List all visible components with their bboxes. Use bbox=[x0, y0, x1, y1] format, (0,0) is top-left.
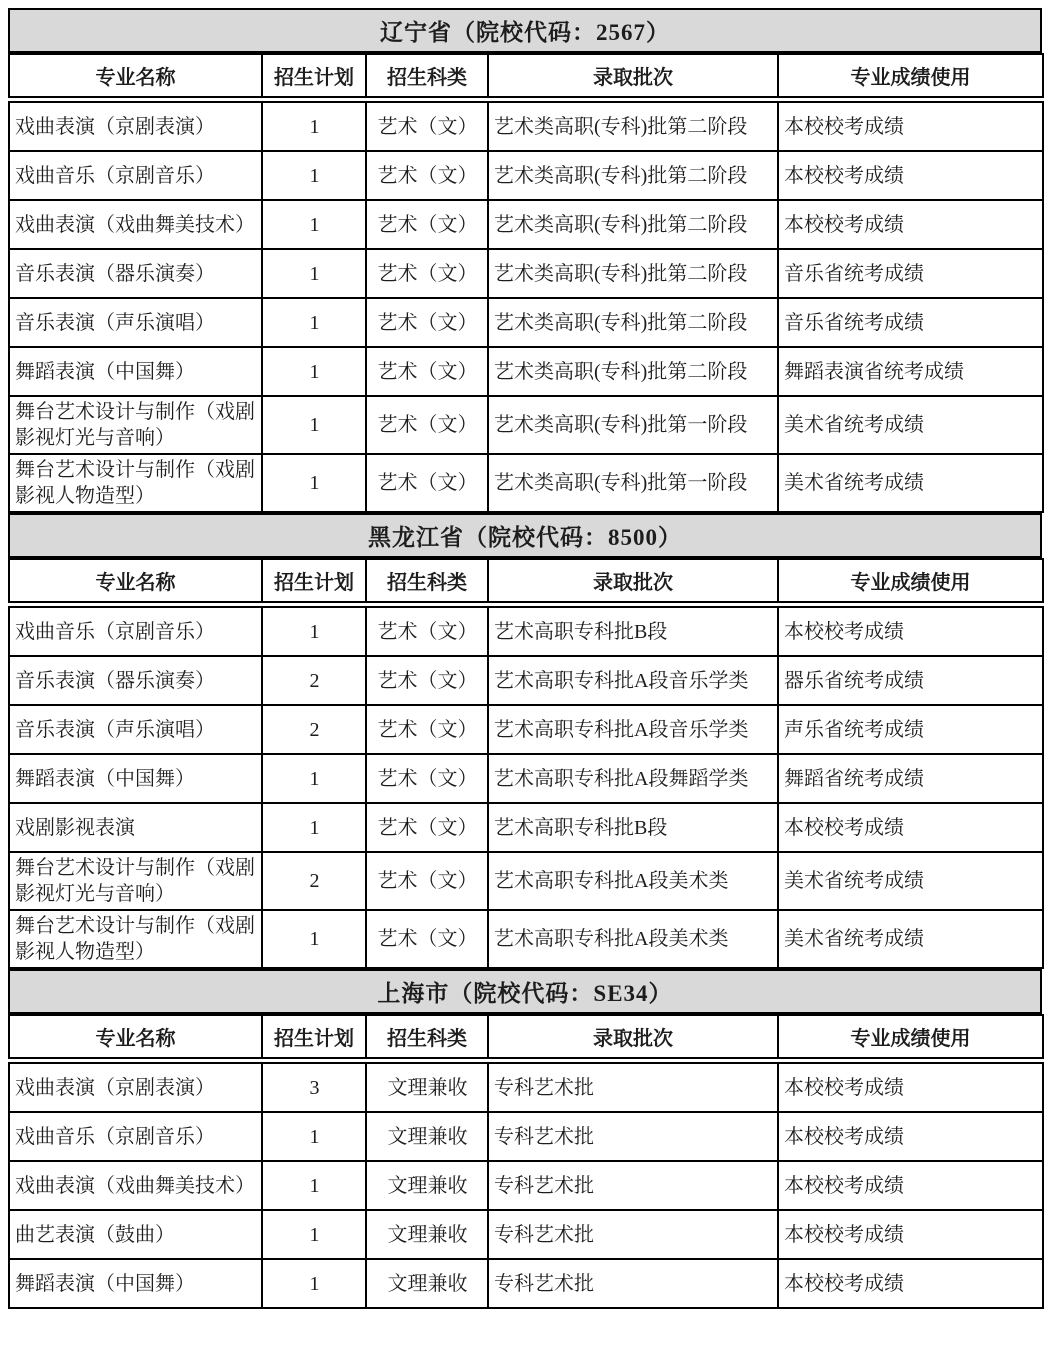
cell-score_use: 美术省统考成绩 bbox=[778, 910, 1043, 968]
cell-score_use: 本校校考成绩 bbox=[778, 1112, 1043, 1161]
column-header-plan: 招生计划 bbox=[262, 54, 366, 97]
cell-score_use: 本校校考成绩 bbox=[778, 102, 1043, 151]
cell-major: 舞台艺术设计与制作（戏剧影视灯光与音响） bbox=[9, 396, 262, 454]
cell-category: 艺术（文） bbox=[366, 754, 488, 803]
cell-score_use: 本校校考成绩 bbox=[778, 151, 1043, 200]
table-row: 戏剧影视表演1艺术（文）艺术高职专科批B段本校校考成绩 bbox=[9, 803, 1043, 852]
section-data-table: 戏曲表演（京剧表演）1艺术（文）艺术类高职(专科)批第二阶段本校校考成绩戏曲音乐… bbox=[8, 101, 1044, 513]
cell-score_use: 舞蹈表演省统考成绩 bbox=[778, 347, 1043, 396]
table-row: 音乐表演（器乐演奏）1艺术（文）艺术类高职(专科)批第二阶段音乐省统考成绩 bbox=[9, 249, 1043, 298]
cell-major: 舞台艺术设计与制作（戏剧影视人物造型） bbox=[9, 910, 262, 968]
column-header-batch: 录取批次 bbox=[488, 559, 778, 602]
cell-batch: 艺术类高职(专科)批第一阶段 bbox=[488, 396, 778, 454]
cell-batch: 艺术类高职(专科)批第二阶段 bbox=[488, 200, 778, 249]
province-section: 黑龙江省（院校代码：8500） 专业名称招生计划招生科类录取批次专业成绩使用 戏… bbox=[8, 513, 1042, 969]
cell-category: 文理兼收 bbox=[366, 1210, 488, 1259]
cell-plan: 1 bbox=[262, 754, 366, 803]
cell-major: 戏曲表演（京剧表演） bbox=[9, 1063, 262, 1112]
cell-plan: 1 bbox=[262, 249, 366, 298]
cell-category: 艺术（文） bbox=[366, 607, 488, 656]
cell-category: 艺术（文） bbox=[366, 852, 488, 910]
cell-major: 舞蹈表演（中国舞） bbox=[9, 754, 262, 803]
admission-plan-document: 辽宁省（院校代码：2567） 专业名称招生计划招生科类录取批次专业成绩使用 戏曲… bbox=[8, 8, 1042, 1309]
column-header-major: 专业名称 bbox=[9, 559, 262, 602]
province-title: 辽宁省（院校代码：2567） bbox=[380, 14, 670, 47]
cell-major: 戏曲音乐（京剧音乐） bbox=[9, 607, 262, 656]
cell-score_use: 舞蹈省统考成绩 bbox=[778, 754, 1043, 803]
cell-category: 艺术（文） bbox=[366, 396, 488, 454]
column-header-score_use: 专业成绩使用 bbox=[778, 559, 1043, 602]
cell-plan: 1 bbox=[262, 347, 366, 396]
cell-category: 文理兼收 bbox=[366, 1063, 488, 1112]
cell-score_use: 本校校考成绩 bbox=[778, 803, 1043, 852]
table-row: 舞台艺术设计与制作（戏剧影视人物造型）1艺术（文）艺术类高职(专科)批第一阶段美… bbox=[9, 454, 1043, 512]
cell-major: 曲艺表演（鼓曲） bbox=[9, 1210, 262, 1259]
column-header-category: 招生科类 bbox=[366, 1015, 488, 1058]
cell-plan: 1 bbox=[262, 910, 366, 968]
cell-major: 音乐表演（器乐演奏） bbox=[9, 656, 262, 705]
table-row: 音乐表演（器乐演奏）2艺术（文）艺术高职专科批A段音乐学类器乐省统考成绩 bbox=[9, 656, 1043, 705]
cell-batch: 艺术类高职(专科)批第一阶段 bbox=[488, 454, 778, 512]
column-header-batch: 录取批次 bbox=[488, 1015, 778, 1058]
section-data-table: 戏曲表演（京剧表演）3文理兼收专科艺术批本校校考成绩戏曲音乐（京剧音乐）1文理兼… bbox=[8, 1062, 1044, 1309]
cell-major: 戏曲表演（京剧表演） bbox=[9, 102, 262, 151]
table-row: 戏曲音乐（京剧音乐）1文理兼收专科艺术批本校校考成绩 bbox=[9, 1112, 1043, 1161]
column-header-plan: 招生计划 bbox=[262, 559, 366, 602]
sections-container: 辽宁省（院校代码：2567） 专业名称招生计划招生科类录取批次专业成绩使用 戏曲… bbox=[8, 8, 1042, 1309]
cell-batch: 艺术类高职(专科)批第二阶段 bbox=[488, 298, 778, 347]
cell-plan: 1 bbox=[262, 607, 366, 656]
cell-batch: 艺术高职专科批A段音乐学类 bbox=[488, 656, 778, 705]
column-header-row: 专业名称招生计划招生科类录取批次专业成绩使用 bbox=[9, 54, 1043, 97]
cell-batch: 艺术类高职(专科)批第二阶段 bbox=[488, 102, 778, 151]
cell-category: 艺术（文） bbox=[366, 347, 488, 396]
cell-batch: 专科艺术批 bbox=[488, 1161, 778, 1210]
cell-major: 戏曲表演（戏曲舞美技术） bbox=[9, 1161, 262, 1210]
cell-batch: 艺术类高职(专科)批第二阶段 bbox=[488, 249, 778, 298]
cell-score_use: 美术省统考成绩 bbox=[778, 852, 1043, 910]
cell-major: 音乐表演（声乐演唱） bbox=[9, 705, 262, 754]
cell-batch: 专科艺术批 bbox=[488, 1112, 778, 1161]
column-header-score_use: 专业成绩使用 bbox=[778, 1015, 1043, 1058]
cell-score_use: 声乐省统考成绩 bbox=[778, 705, 1043, 754]
cell-plan: 1 bbox=[262, 1161, 366, 1210]
column-header-major: 专业名称 bbox=[9, 54, 262, 97]
cell-plan: 1 bbox=[262, 1210, 366, 1259]
cell-major: 舞蹈表演（中国舞） bbox=[9, 1259, 262, 1308]
column-header-table: 专业名称招生计划招生科类录取批次专业成绩使用 bbox=[8, 1014, 1044, 1059]
cell-batch: 艺术高职专科批A段美术类 bbox=[488, 910, 778, 968]
table-row: 戏曲表演（戏曲舞美技术）1文理兼收专科艺术批本校校考成绩 bbox=[9, 1161, 1043, 1210]
cell-category: 艺术（文） bbox=[366, 151, 488, 200]
cell-plan: 1 bbox=[262, 151, 366, 200]
section-table-body: 戏曲表演（京剧表演）1艺术（文）艺术类高职(专科)批第二阶段本校校考成绩戏曲音乐… bbox=[9, 102, 1043, 512]
column-header-score_use: 专业成绩使用 bbox=[778, 54, 1043, 97]
cell-score_use: 本校校考成绩 bbox=[778, 1063, 1043, 1112]
cell-category: 艺术（文） bbox=[366, 454, 488, 512]
cell-plan: 3 bbox=[262, 1063, 366, 1112]
column-header-category: 招生科类 bbox=[366, 559, 488, 602]
table-row: 舞蹈表演（中国舞）1艺术（文）艺术高职专科批A段舞蹈学类舞蹈省统考成绩 bbox=[9, 754, 1043, 803]
province-title: 上海市（院校代码：SE34） bbox=[377, 975, 672, 1008]
table-row: 戏曲音乐（京剧音乐）1艺术（文）艺术类高职(专科)批第二阶段本校校考成绩 bbox=[9, 151, 1043, 200]
cell-batch: 艺术高职专科批A段美术类 bbox=[488, 852, 778, 910]
column-header-table: 专业名称招生计划招生科类录取批次专业成绩使用 bbox=[8, 558, 1044, 603]
cell-batch: 艺术高职专科批A段舞蹈学类 bbox=[488, 754, 778, 803]
section-data-table: 戏曲音乐（京剧音乐）1艺术（文）艺术高职专科批B段本校校考成绩音乐表演（器乐演奏… bbox=[8, 606, 1044, 969]
cell-plan: 1 bbox=[262, 803, 366, 852]
cell-plan: 1 bbox=[262, 396, 366, 454]
cell-category: 艺术（文） bbox=[366, 910, 488, 968]
table-row: 戏曲音乐（京剧音乐）1艺术（文）艺术高职专科批B段本校校考成绩 bbox=[9, 607, 1043, 656]
cell-major: 音乐表演（声乐演唱） bbox=[9, 298, 262, 347]
column-header-table: 专业名称招生计划招生科类录取批次专业成绩使用 bbox=[8, 53, 1044, 98]
column-header-category: 招生科类 bbox=[366, 54, 488, 97]
cell-score_use: 本校校考成绩 bbox=[778, 1161, 1043, 1210]
table-row: 戏曲表演（京剧表演）3文理兼收专科艺术批本校校考成绩 bbox=[9, 1063, 1043, 1112]
cell-category: 艺术（文） bbox=[366, 656, 488, 705]
province-section-header: 黑龙江省（院校代码：8500） bbox=[8, 513, 1042, 558]
cell-score_use: 器乐省统考成绩 bbox=[778, 656, 1043, 705]
table-row: 戏曲表演（京剧表演）1艺术（文）艺术类高职(专科)批第二阶段本校校考成绩 bbox=[9, 102, 1043, 151]
cell-score_use: 本校校考成绩 bbox=[778, 607, 1043, 656]
cell-category: 艺术（文） bbox=[366, 298, 488, 347]
cell-plan: 2 bbox=[262, 705, 366, 754]
cell-batch: 艺术高职专科批B段 bbox=[488, 803, 778, 852]
cell-score_use: 音乐省统考成绩 bbox=[778, 298, 1043, 347]
cell-batch: 专科艺术批 bbox=[488, 1063, 778, 1112]
table-row: 舞蹈表演（中国舞）1艺术（文）艺术类高职(专科)批第二阶段舞蹈表演省统考成绩 bbox=[9, 347, 1043, 396]
cell-plan: 1 bbox=[262, 102, 366, 151]
column-header-batch: 录取批次 bbox=[488, 54, 778, 97]
cell-batch: 专科艺术批 bbox=[488, 1210, 778, 1259]
cell-plan: 2 bbox=[262, 852, 366, 910]
column-header-major: 专业名称 bbox=[9, 1015, 262, 1058]
cell-batch: 艺术类高职(专科)批第二阶段 bbox=[488, 347, 778, 396]
cell-score_use: 美术省统考成绩 bbox=[778, 454, 1043, 512]
province-title: 黑龙江省（院校代码：8500） bbox=[368, 519, 682, 552]
province-section: 辽宁省（院校代码：2567） 专业名称招生计划招生科类录取批次专业成绩使用 戏曲… bbox=[8, 8, 1042, 513]
table-row: 舞蹈表演（中国舞）1文理兼收专科艺术批本校校考成绩 bbox=[9, 1259, 1043, 1308]
cell-major: 舞台艺术设计与制作（戏剧影视灯光与音响） bbox=[9, 852, 262, 910]
cell-plan: 1 bbox=[262, 200, 366, 249]
cell-score_use: 音乐省统考成绩 bbox=[778, 249, 1043, 298]
cell-category: 艺术（文） bbox=[366, 102, 488, 151]
province-section: 上海市（院校代码：SE34） 专业名称招生计划招生科类录取批次专业成绩使用 戏曲… bbox=[8, 969, 1042, 1309]
column-header-row: 专业名称招生计划招生科类录取批次专业成绩使用 bbox=[9, 1015, 1043, 1058]
table-row: 戏曲表演（戏曲舞美技术）1艺术（文）艺术类高职(专科)批第二阶段本校校考成绩 bbox=[9, 200, 1043, 249]
cell-major: 音乐表演（器乐演奏） bbox=[9, 249, 262, 298]
cell-batch: 艺术高职专科批B段 bbox=[488, 607, 778, 656]
table-row: 音乐表演（声乐演唱）1艺术（文）艺术类高职(专科)批第二阶段音乐省统考成绩 bbox=[9, 298, 1043, 347]
cell-score_use: 本校校考成绩 bbox=[778, 1259, 1043, 1308]
cell-batch: 艺术高职专科批A段音乐学类 bbox=[488, 705, 778, 754]
column-header-plan: 招生计划 bbox=[262, 1015, 366, 1058]
cell-category: 文理兼收 bbox=[366, 1112, 488, 1161]
cell-category: 文理兼收 bbox=[366, 1161, 488, 1210]
table-row: 舞台艺术设计与制作（戏剧影视灯光与音响）2艺术（文）艺术高职专科批A段美术类美术… bbox=[9, 852, 1043, 910]
table-row: 曲艺表演（鼓曲）1文理兼收专科艺术批本校校考成绩 bbox=[9, 1210, 1043, 1259]
cell-batch: 专科艺术批 bbox=[488, 1259, 778, 1308]
table-row: 音乐表演（声乐演唱）2艺术（文）艺术高职专科批A段音乐学类声乐省统考成绩 bbox=[9, 705, 1043, 754]
cell-category: 艺术（文） bbox=[366, 249, 488, 298]
cell-batch: 艺术类高职(专科)批第二阶段 bbox=[488, 151, 778, 200]
section-table-body: 戏曲表演（京剧表演）3文理兼收专科艺术批本校校考成绩戏曲音乐（京剧音乐）1文理兼… bbox=[9, 1063, 1043, 1308]
cell-major: 戏剧影视表演 bbox=[9, 803, 262, 852]
cell-category: 艺术（文） bbox=[366, 200, 488, 249]
cell-plan: 1 bbox=[262, 1259, 366, 1308]
cell-plan: 1 bbox=[262, 298, 366, 347]
cell-major: 舞台艺术设计与制作（戏剧影视人物造型） bbox=[9, 454, 262, 512]
cell-score_use: 本校校考成绩 bbox=[778, 1210, 1043, 1259]
table-row: 舞台艺术设计与制作（戏剧影视人物造型）1艺术（文）艺术高职专科批A段美术类美术省… bbox=[9, 910, 1043, 968]
cell-score_use: 美术省统考成绩 bbox=[778, 396, 1043, 454]
cell-plan: 1 bbox=[262, 454, 366, 512]
column-header-row: 专业名称招生计划招生科类录取批次专业成绩使用 bbox=[9, 559, 1043, 602]
cell-category: 文理兼收 bbox=[366, 1259, 488, 1308]
cell-category: 艺术（文） bbox=[366, 803, 488, 852]
section-table-body: 戏曲音乐（京剧音乐）1艺术（文）艺术高职专科批B段本校校考成绩音乐表演（器乐演奏… bbox=[9, 607, 1043, 968]
table-row: 舞台艺术设计与制作（戏剧影视灯光与音响）1艺术（文）艺术类高职(专科)批第一阶段… bbox=[9, 396, 1043, 454]
cell-major: 戏曲音乐（京剧音乐） bbox=[9, 151, 262, 200]
cell-major: 戏曲音乐（京剧音乐） bbox=[9, 1112, 262, 1161]
cell-major: 舞蹈表演（中国舞） bbox=[9, 347, 262, 396]
cell-plan: 2 bbox=[262, 656, 366, 705]
cell-category: 艺术（文） bbox=[366, 705, 488, 754]
province-section-header: 上海市（院校代码：SE34） bbox=[8, 969, 1042, 1014]
cell-major: 戏曲表演（戏曲舞美技术） bbox=[9, 200, 262, 249]
cell-plan: 1 bbox=[262, 1112, 366, 1161]
province-section-header: 辽宁省（院校代码：2567） bbox=[8, 8, 1042, 53]
cell-score_use: 本校校考成绩 bbox=[778, 200, 1043, 249]
